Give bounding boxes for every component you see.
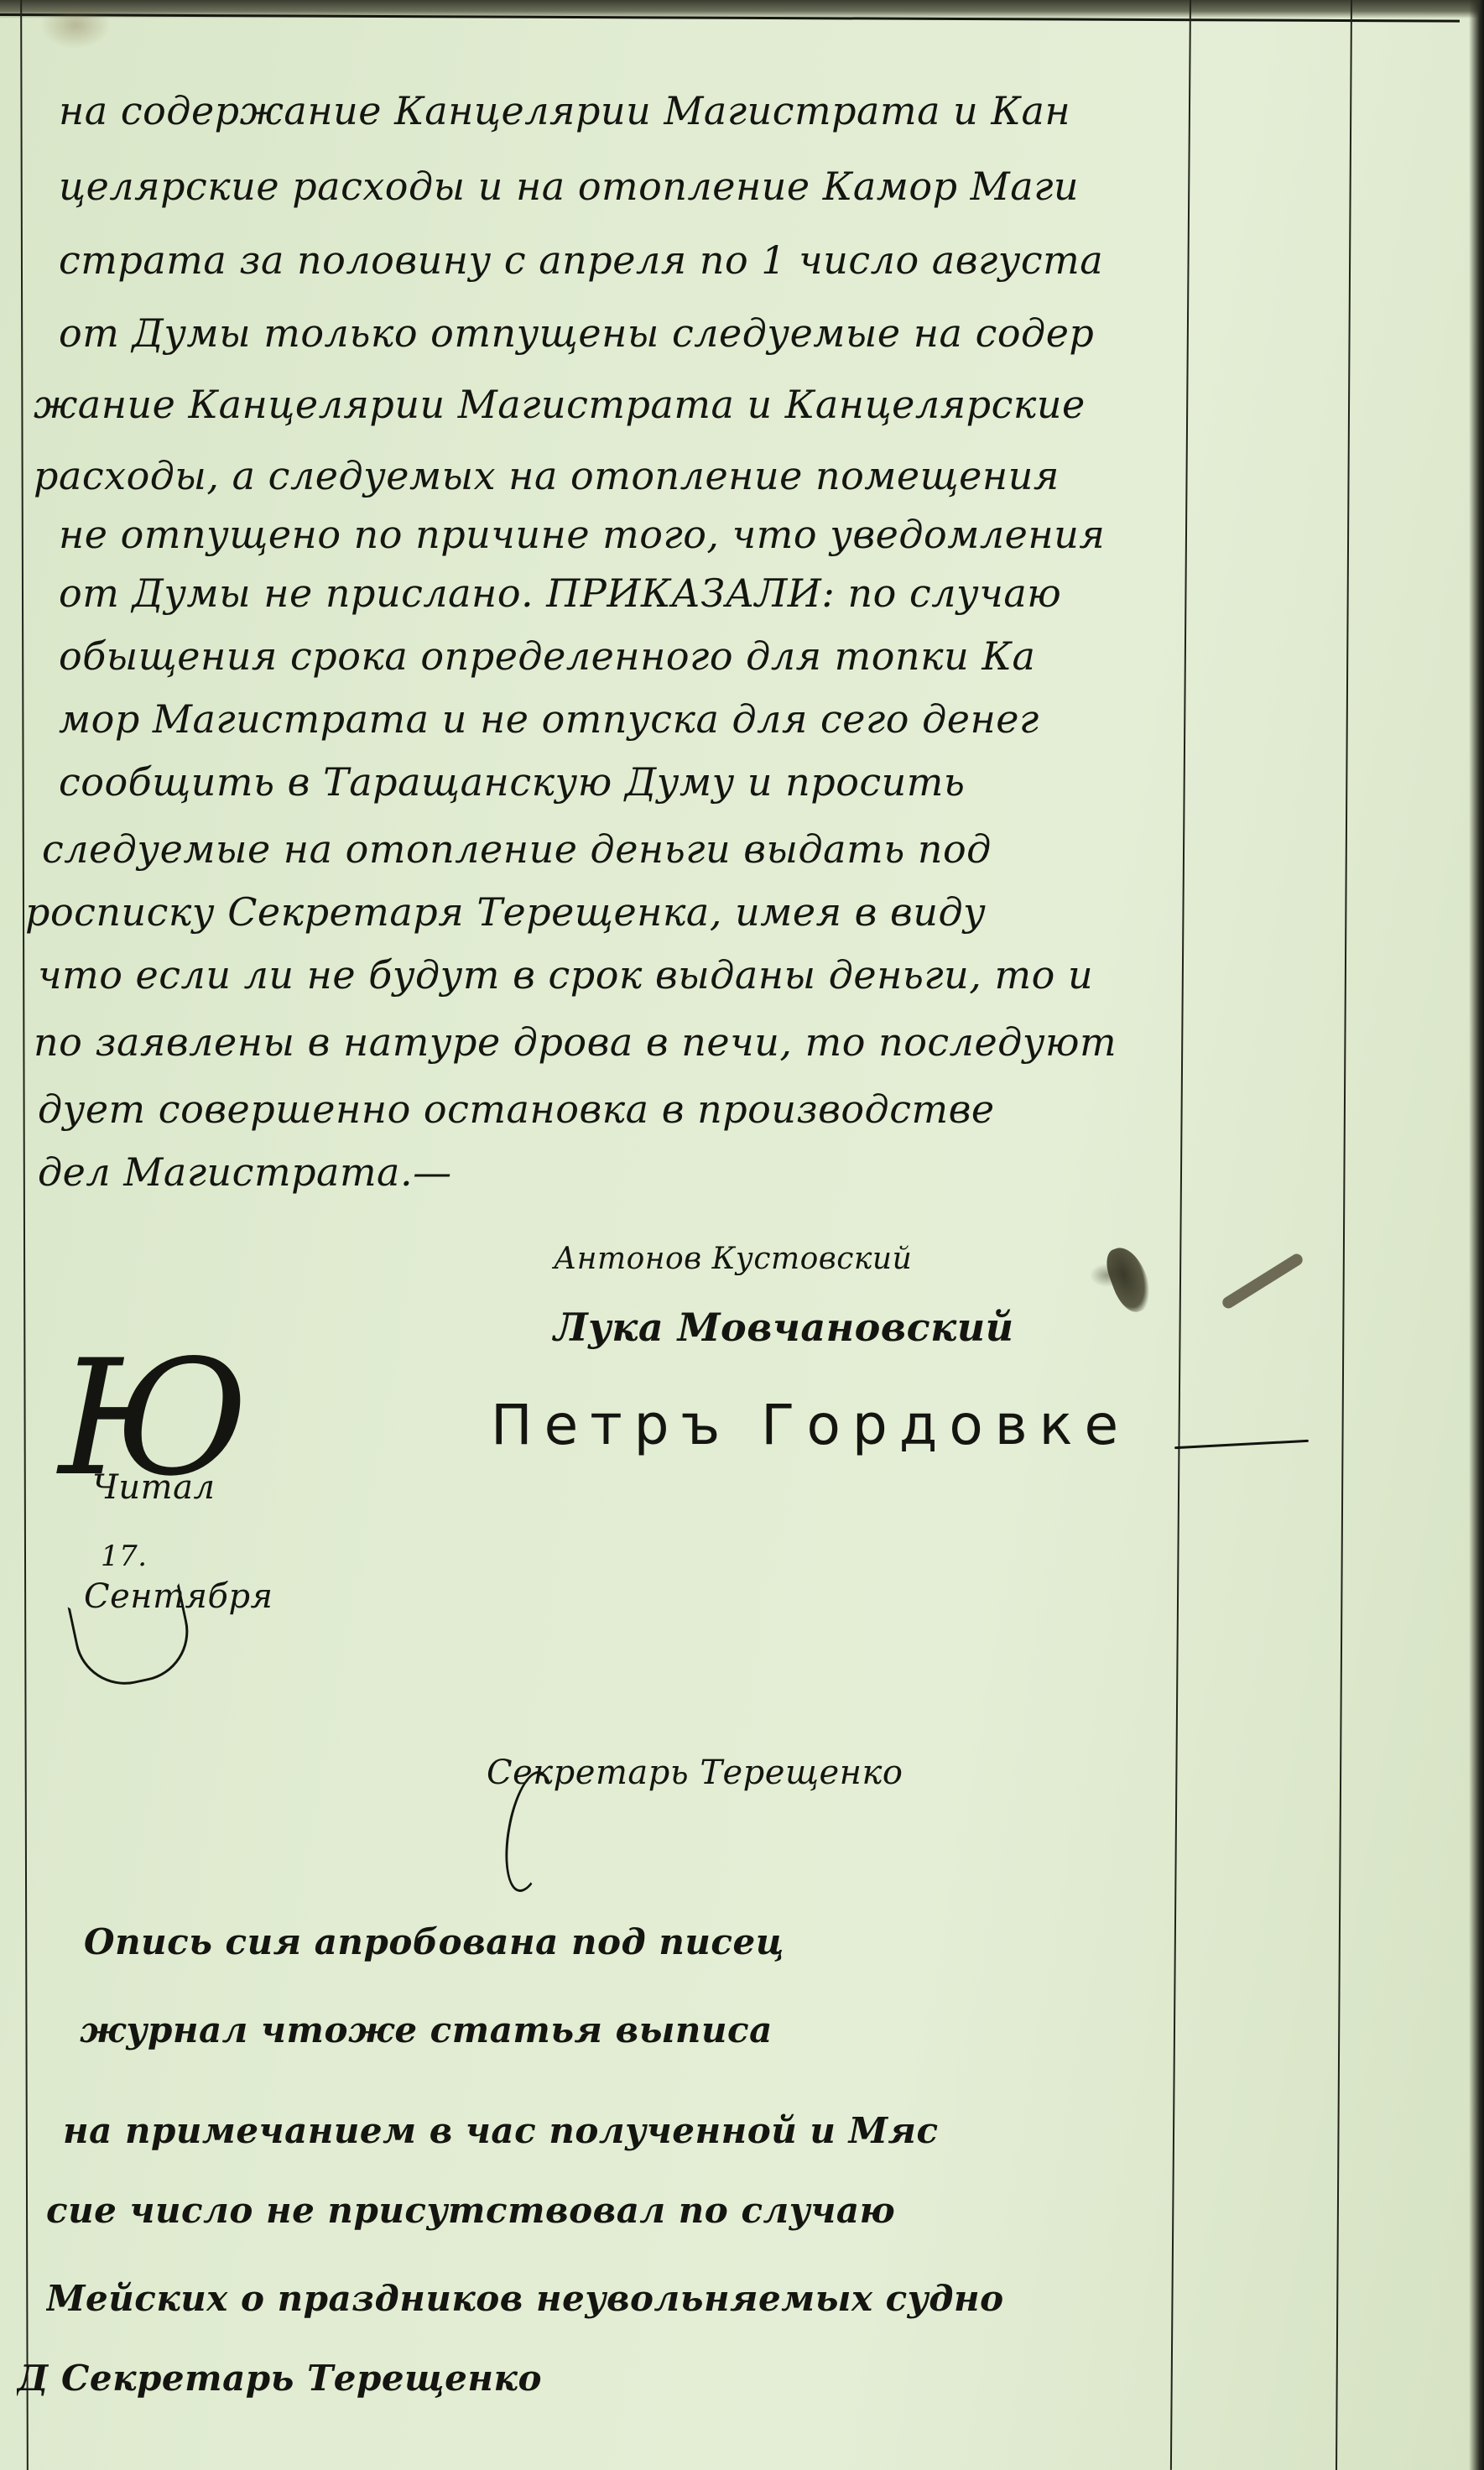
main-text-line: росписку Секретаря Терещенка, имея в вид…: [25, 889, 1141, 935]
right-margin-line-inner: [1170, 0, 1191, 2470]
signature-first: Антонов Кустовский: [554, 1242, 912, 1276]
main-text-line: на содержание Канцелярии Магистрата и Ка…: [59, 88, 1174, 133]
main-text-line: от Думы не прислано. ПРИКАЗАЛИ: по случа…: [59, 571, 1174, 616]
main-text-line: по заявлены в натуре дрова в печи, то по…: [34, 1019, 1149, 1065]
lower-text-line: Опись сия апробована под писец: [84, 1921, 1216, 1962]
main-text-line: сообщить в Таращанскую Думу и просить: [59, 759, 1174, 805]
main-text-line: мор Магистрата и не отпуска для сего ден…: [59, 696, 1174, 742]
main-text-line: жание Канцелярии Магистрата и Канцелярск…: [34, 382, 1149, 427]
manuscript-page: на содержание Канцелярии Магистрата и Ка…: [0, 0, 1484, 2470]
main-text-line: от Думы только отпущены следуемые на сод…: [59, 310, 1174, 356]
main-text-line: следуемые на отопление деньги выдать под: [42, 826, 1158, 872]
lower-text-line: сие число не присутствовал по случаю: [46, 2190, 1179, 2231]
ink-blot: [1101, 1242, 1158, 1317]
signature-second: Лука Мовчановский: [554, 1305, 1014, 1350]
main-text-line: страта за половину с апреля по 1 число а…: [59, 237, 1174, 283]
lower-text-line: Д Секретарь Терещенко: [17, 2358, 1149, 2399]
main-text-line: расходы, а следуемых на отопление помеще…: [34, 453, 1149, 498]
right-margin-line-outer: [1336, 0, 1352, 2470]
lower-text-line: на примечанием в час полученной и Мяс: [63, 2110, 1195, 2151]
main-text-line: целярские расходы и на отопление Камор М…: [59, 164, 1174, 209]
page-right-edge: [1469, 0, 1484, 2470]
main-text-line: не отпущено по причине того, что уведомл…: [59, 512, 1174, 557]
main-text-line: дует совершенно остановка в производстве: [38, 1086, 1153, 1132]
margin-note-day: 17.: [101, 1540, 148, 1573]
main-text-line: дел Магистрата.—: [38, 1149, 1153, 1195]
margin-note-read: Читал: [92, 1468, 215, 1507]
left-margin-line: [20, 0, 29, 2470]
lower-text-line: Мейских о праздников неувольняемых судно: [46, 2278, 1179, 2319]
signature-flourish: [1174, 1440, 1309, 1449]
main-text-line: что если ли не будут в срок выданы деньг…: [38, 952, 1153, 998]
main-text-line: обыщения срока определенного для топки К…: [59, 633, 1174, 679]
signature-third: Петръ Гордовке: [491, 1393, 1130, 1457]
ink-smudge-stroke: [1221, 1252, 1305, 1311]
margin-note: Ю Читал 17. Сентября: [42, 1326, 319, 1695]
lower-text-line: журнал чтоже статья выписа: [80, 2009, 1212, 2051]
